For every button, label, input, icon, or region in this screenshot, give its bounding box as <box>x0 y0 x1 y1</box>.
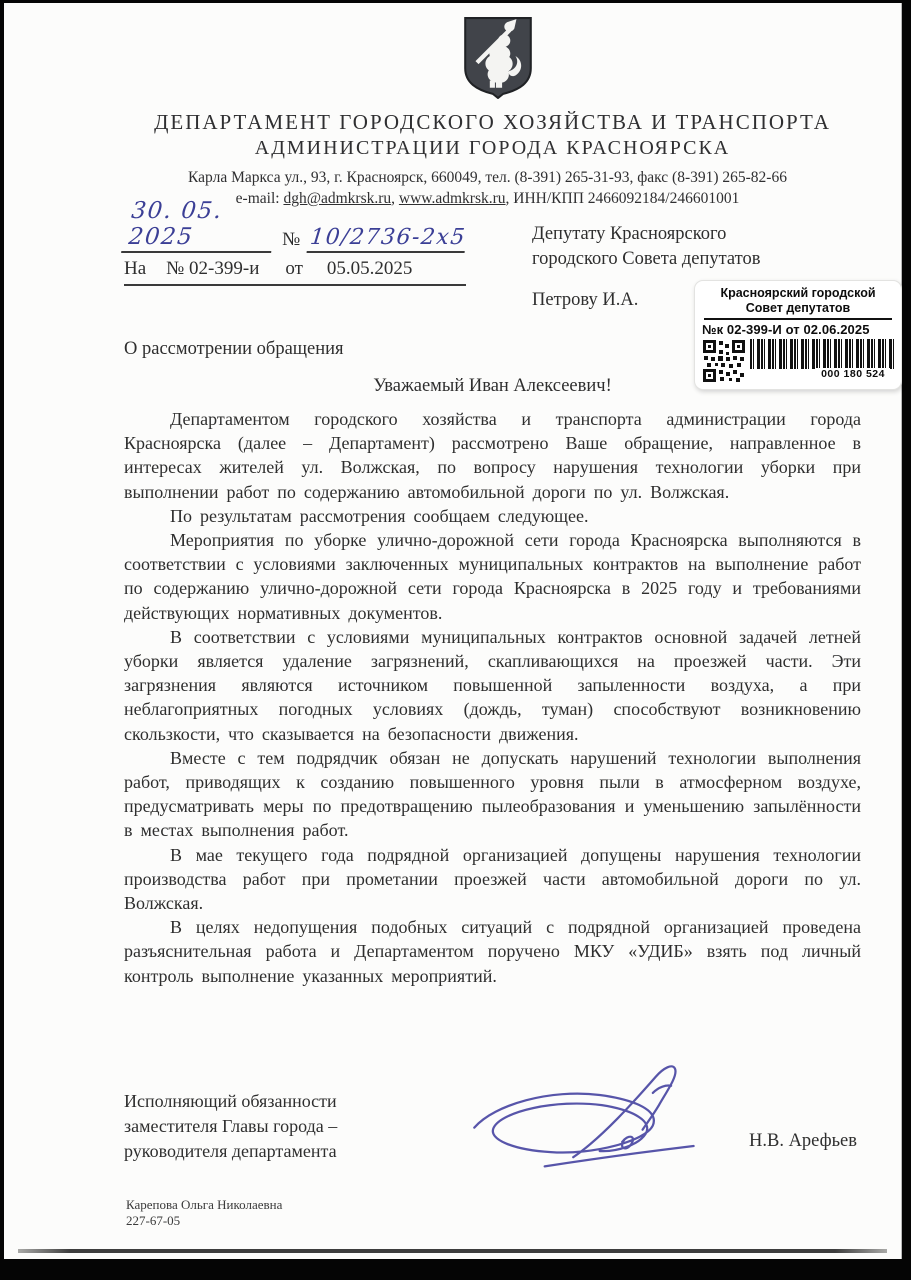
scan-artifact-line <box>18 1249 887 1253</box>
executor-name: Карепова Ольга Николаевна <box>126 1197 282 1213</box>
barcode-bars-icon <box>750 339 894 369</box>
signer-position: Исполняющий обязанности заместителя Глав… <box>124 1089 337 1164</box>
body-paragraph: В целях недопущения подобных ситуаций с … <box>124 915 861 988</box>
outgoing-date-handwritten: 30. 05. 2025 <box>121 198 277 253</box>
address-line: Карла Маркса ул., 93, г. Красноярск, 660… <box>104 167 871 188</box>
stamp-org-line1: Красноярский городской <box>702 286 894 301</box>
body-paragraph: По результатам рассмотрения сообщаем сле… <box>124 504 861 528</box>
org-name-line2: АДМИНИСТРАЦИИ ГОРОДА КРАСНОЯРСКА <box>119 135 866 161</box>
scanned-letter-page: ДЕПАРТАМЕНТ ГОРОДСКОГО ХОЗЯЙСТВА И ТРАНС… <box>4 3 902 1259</box>
outgoing-number-handwritten: 10/2736-2х5 <box>307 225 468 253</box>
body-paragraph: Департаментом городского хозяйства и тра… <box>124 407 861 504</box>
body-paragraph: Вместе с тем подрядчик обязан не допуска… <box>124 746 861 843</box>
signer-position-line1: Исполняющий обязанности <box>124 1089 337 1114</box>
signer-name: Н.В. Арефьев <box>749 1131 857 1152</box>
reply-date: 05.05.2025 <box>327 258 413 280</box>
krasnoyarsk-coat-of-arms-icon <box>462 15 534 99</box>
executor-block: Карепова Ольга Николаевна 227-67-05 <box>126 1197 282 1229</box>
incoming-reference-row: На № 02-399-и от 05.05.2025 <box>124 258 466 286</box>
org-name-line1: ДЕПАРТАМЕНТ ГОРОДСКОГО ХОЗЯЙСТВА И ТРАНС… <box>119 109 866 135</box>
recipient-line1: Депутату Красноярского <box>532 222 761 247</box>
recipient-line2: городского Совета депутатов <box>532 247 761 272</box>
website-link: www.admkrsk.ru <box>399 190 506 207</box>
stamp-registration-line: №к 02-399-И от 02.06.2025 <box>702 322 894 337</box>
outgoing-reference-row: 30. 05. 2025 № 10/2736-2х5 <box>124 217 466 253</box>
reply-number: № 02-399-и <box>166 258 259 280</box>
stamp-divider <box>704 318 892 320</box>
inn-kpp: , ИНН/КПП 2466092184/246601001 <box>506 190 740 207</box>
body-paragraph: В соответствии с условиями муниципальных… <box>124 625 861 746</box>
letter-subject: О рассмотрении обращения <box>124 339 344 360</box>
stamp-org-line2: Совет депутатов <box>702 301 894 316</box>
letter-body: Департаментом городского хозяйства и тра… <box>124 407 861 988</box>
reply-from-label: от <box>285 258 303 280</box>
reference-block: 30. 05. 2025 № 10/2736-2х5 На № 02-399-и… <box>124 217 466 286</box>
signer-position-line2: заместителя Главы города – <box>124 1114 337 1139</box>
body-paragraph: В мае текущего года подрядной организаци… <box>124 843 861 916</box>
letterhead-org-name: ДЕПАРТАМЕНТ ГОРОДСКОГО ХОЗЯЙСТВА И ТРАНС… <box>119 109 866 161</box>
barcode: 000 180 524 <box>750 339 894 381</box>
email-link: dgh@admkrsk.ru <box>283 190 391 207</box>
executor-phone: 227-67-05 <box>126 1213 282 1229</box>
number-sign: № <box>282 229 300 251</box>
letter-greeting: Уважаемый Иван Алексеевич! <box>124 376 861 397</box>
signer-position-line3: руководителя департамента <box>124 1139 337 1164</box>
separator: , <box>391 190 399 207</box>
handwritten-signature-icon <box>459 1058 714 1186</box>
registration-stamp: Красноярский городской Совет депутатов №… <box>694 280 902 390</box>
reply-prefix: На <box>124 258 146 280</box>
body-paragraph: Мероприятия по уборке улично-дорожной се… <box>124 528 861 625</box>
